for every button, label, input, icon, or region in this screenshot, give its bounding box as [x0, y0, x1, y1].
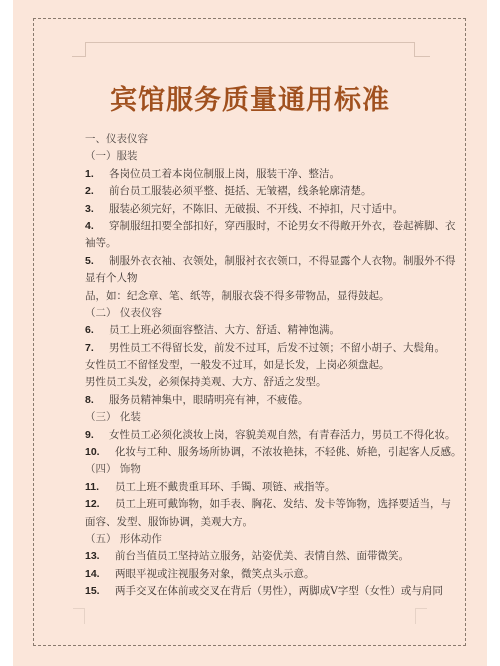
- corner-bracket-bottom-right: [415, 608, 427, 624]
- item-number: 4.: [85, 218, 109, 235]
- numbered-item: 7.男性员工不得留长发，前发不过耳，后发不过领；不留小胡子、大鬓角。: [85, 340, 425, 357]
- numbered-item: 13.前台当值员工坚持站立服务，站姿优美、表情自然、面带微笑。: [85, 548, 425, 565]
- numbered-item: 1.各岗位员工着本岗位制服上岗，服装干净、整洁。: [85, 166, 425, 183]
- numbered-item: 6.员工上班必须面容整洁、大方、舒适、精神饱满。: [85, 322, 425, 339]
- item-number: 5.: [85, 253, 109, 270]
- numbered-item: 5.制服外衣衣袖、衣领处，制服衬衣衣领口，不得显露个人衣物。制服外不得: [85, 253, 425, 270]
- numbered-item: 12.员工上班可戴饰物，如手表、胸花、发结、发卡等饰物，选择要适当，与: [85, 496, 425, 513]
- numbered-item: 8.服务员精神集中，眼睛明亮有神，不疲倦。: [85, 392, 425, 409]
- item-text: 员工上班必须面容整洁、大方、舒适、精神饱满。: [109, 324, 340, 336]
- item-text: 化妆与工种、服务场所协调，不浓妆艳抹，不轻佻、娇艳，引起客人反感。: [115, 446, 462, 458]
- item-number: 11.: [85, 479, 115, 496]
- subsection-heading: （五） 形体动作: [85, 531, 425, 548]
- item-text: 服装必须完好，不陈旧、无破损、不开线、不掉扣，尺寸适中。: [109, 203, 403, 215]
- item-number: 12.: [85, 496, 115, 513]
- numbered-item: 15.两手交叉在体前或交叉在背后（男性），两脚成V字型（女性）或与肩同: [85, 583, 425, 600]
- section-heading: 一、仪表仪容: [85, 131, 425, 148]
- continuation-text: 面容、发型、服饰协调，美观大方。: [85, 514, 425, 531]
- item-number: 3.: [85, 201, 109, 218]
- numbered-item: 10.化妆与工种、服务场所协调，不浓妆艳抹，不轻佻、娇艳，引起客人反感。: [85, 444, 425, 461]
- item-text: 女性员工必须化淡妆上岗，容貌美观自然，有青春活力，男员工不得化妆。: [109, 429, 456, 441]
- subsection-heading: （四） 饰物: [85, 461, 425, 478]
- item-text: 员工上班可戴饰物，如手表、胸花、发结、发卡等饰物，选择要适当，与: [115, 498, 451, 510]
- subsection-heading: （三） 化装: [85, 409, 425, 426]
- item-text: 穿制服纽扣要全部扣好，穿西服时，不论男女不得敞开外衣，卷起裤脚、衣: [109, 220, 456, 232]
- item-number: 6.: [85, 322, 109, 339]
- item-number: 1.: [85, 166, 109, 183]
- subsection-heading: （一）服装: [85, 148, 425, 165]
- item-number: 13.: [85, 548, 115, 565]
- item-number: 2.: [85, 183, 109, 200]
- title-decoration-rule: [85, 42, 415, 56]
- item-number: 7.: [85, 340, 109, 357]
- continuation-text: 显有个人物: [85, 270, 425, 287]
- document-body: 一、仪表仪容（一）服装1.各岗位员工着本岗位制服上岗，服装干净、整洁。2.前台员…: [85, 131, 425, 601]
- item-number: 8.: [85, 392, 109, 409]
- item-text: 前台员工服装必须平整、挺括、无皱褶，线条轮廓清楚。: [109, 185, 372, 197]
- item-text: 服务员精神集中，眼睛明亮有神，不疲倦。: [109, 394, 309, 406]
- numbered-item: 2.前台员工服装必须平整、挺括、无皱褶，线条轮廓清楚。: [85, 183, 425, 200]
- numbered-item: 3.服装必须完好，不陈旧、无破损、不开线、不掉扣，尺寸适中。: [85, 201, 425, 218]
- continuation-text: 女性员工不留怪发型，一般发不过耳，如是长发，上岗必须盘起。: [85, 357, 425, 374]
- item-number: 14.: [85, 566, 115, 583]
- title-decoration-hook-left: [72, 56, 86, 57]
- numbered-item: 14.两眼平视或注视服务对象，微笑点头示意。: [85, 566, 425, 583]
- corner-bracket-bottom-left: [73, 608, 85, 624]
- item-text: 两眼平视或注视服务对象，微笑点头示意。: [115, 568, 315, 580]
- numbered-item: 11.员工上班不戴贵重耳环、手镯、项链、戒指等。: [85, 479, 425, 496]
- document-title: 宾馆服务质量通用标准: [0, 78, 500, 117]
- item-number: 10.: [85, 444, 115, 461]
- item-text: 两手交叉在体前或交叉在背后（男性），两脚成V字型（女性）或与肩同: [115, 585, 443, 597]
- continuation-text: 品，如：纪念章、笔、纸等，制服衣袋不得多带物品，显得鼓起。: [85, 288, 425, 305]
- item-text: 员工上班不戴贵重耳环、手镯、项链、戒指等。: [115, 481, 336, 493]
- item-text: 男性员工不得留长发，前发不过耳，后发不过领；不留小胡子、大鬓角。: [109, 342, 445, 354]
- continuation-text: 袖等。: [85, 235, 425, 252]
- item-text: 各岗位员工着本岗位制服上岗，服装干净、整洁。: [109, 168, 340, 180]
- numbered-item: 9.女性员工必须化淡妆上岗，容貌美观自然，有青春活力，男员工不得化妆。: [85, 427, 425, 444]
- numbered-item: 4.穿制服纽扣要全部扣好，穿西服时，不论男女不得敞开外衣，卷起裤脚、衣: [85, 218, 425, 235]
- item-text: 前台当值员工坚持站立服务，站姿优美、表情自然、面带微笑。: [115, 550, 409, 562]
- item-number: 9.: [85, 427, 109, 444]
- item-number: 15.: [85, 583, 115, 600]
- continuation-text: 男性员工头发，必须保持美观、大方、舒适之发型。: [85, 374, 425, 391]
- title-decoration-hook-right: [414, 56, 430, 57]
- item-text: 制服外衣衣袖、衣领处，制服衬衣衣领口，不得显露个人衣物。制服外不得: [109, 255, 456, 267]
- subsection-heading: （二） 仪表仪容: [85, 305, 425, 322]
